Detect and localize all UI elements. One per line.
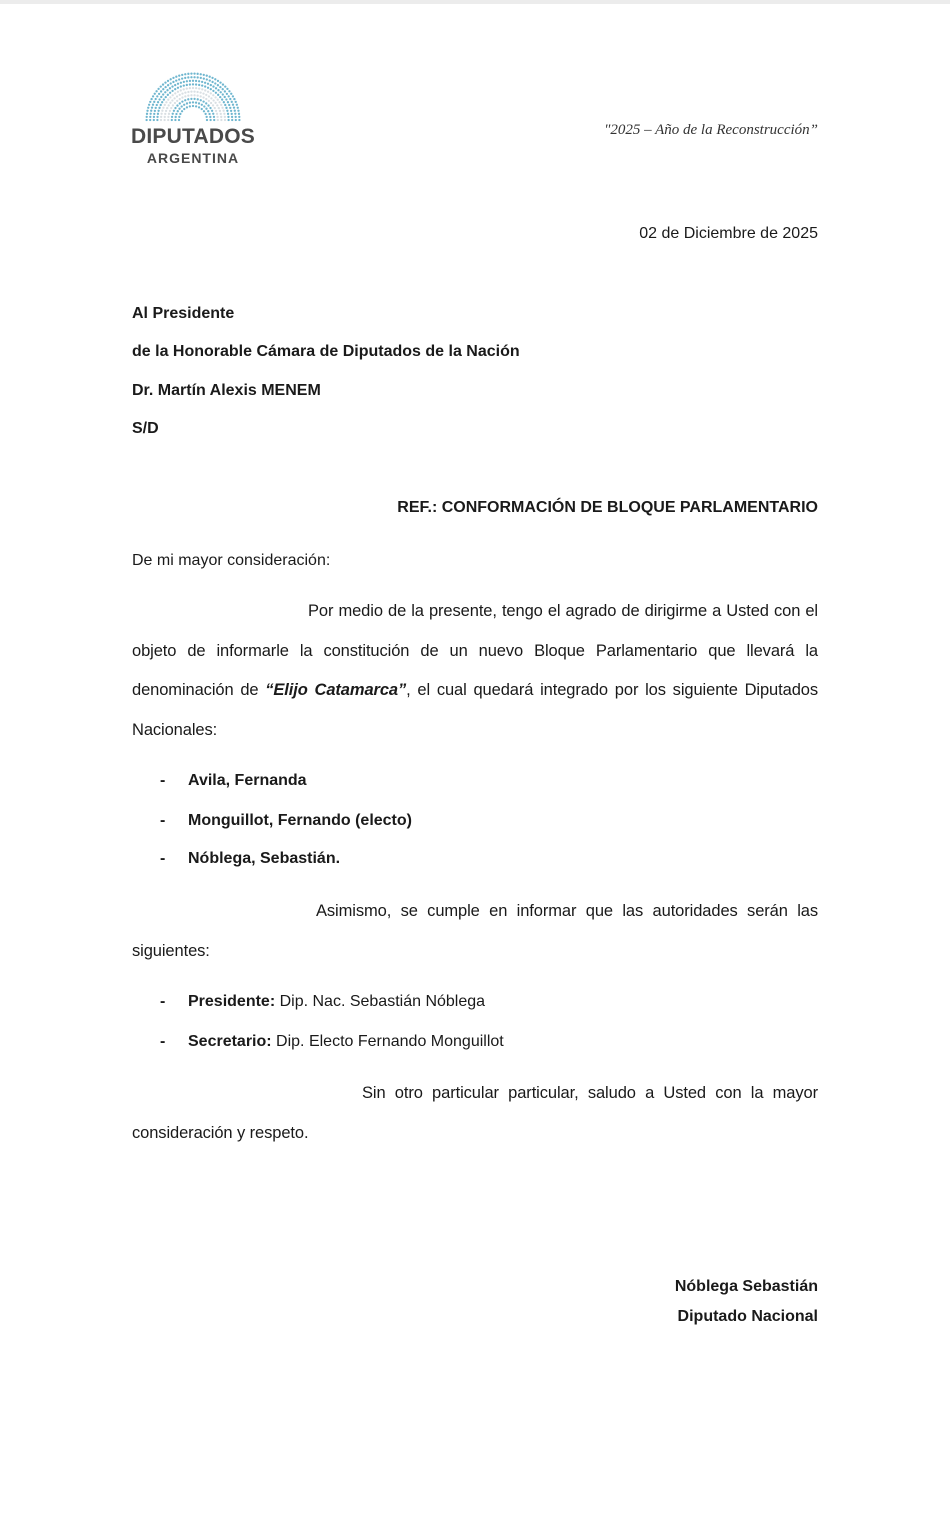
logo-title: DIPUTADOS [128,125,258,149]
authority-role: Secretario: [188,1033,272,1050]
list-item: -Presidente: Dip. Nac. Sebastián Nóblega [160,993,485,1011]
recipient-line-1: Al Presidente [132,305,234,323]
member-name: Monguillot, Fernando (electo) [188,812,412,829]
list-item: -Avila, Fernanda [160,772,307,790]
paragraph-intro: Por medio de la presente, tengo el agrad… [132,592,818,750]
letter-date: 02 de Diciembre de 2025 [639,225,818,243]
diputados-logo: DIPUTADOS ARGENTINA [128,70,258,170]
list-item: -Secretario: Dip. Electo Fernando Mongui… [160,1033,504,1051]
recipient-line-2: de la Honorable Cámara de Diputados de l… [132,343,520,361]
bloc-name: “Elijo Catamarca” [265,681,406,699]
top-border [0,0,950,4]
authority-name: Dip. Nac. Sebastián Nóblega [275,993,485,1010]
member-name: Avila, Fernanda [188,772,307,789]
paragraph-authorities: Asimismo, se cumple en informar que las … [132,892,818,971]
paragraph-closing: Sin otro particular particular, saludo a… [132,1074,818,1153]
authority-name: Dip. Electo Fernando Monguillot [272,1033,504,1050]
list-item: -Nóblega, Sebastián. [160,850,340,868]
signature-name: Nóblega Sebastián [675,1278,818,1296]
list-item: -Monguillot, Fernando (electo) [160,812,412,830]
hemicycle-dots-icon [142,70,244,122]
recipient-line-4: S/D [132,420,159,438]
signature-title: Diputado Nacional [678,1308,818,1326]
logo-subtitle: ARGENTINA [128,150,258,166]
authority-role: Presidente: [188,993,275,1010]
year-motto: "2025 – Año de la Reconstrucción” [604,122,818,139]
reference-line: REF.: CONFORMACIÓN DE BLOQUE PARLAMENTAR… [397,499,818,517]
recipient-line-3: Dr. Martín Alexis MENEM [132,382,321,400]
salutation: De mi mayor consideración: [132,552,330,570]
member-name: Nóblega, Sebastián. [188,850,340,867]
